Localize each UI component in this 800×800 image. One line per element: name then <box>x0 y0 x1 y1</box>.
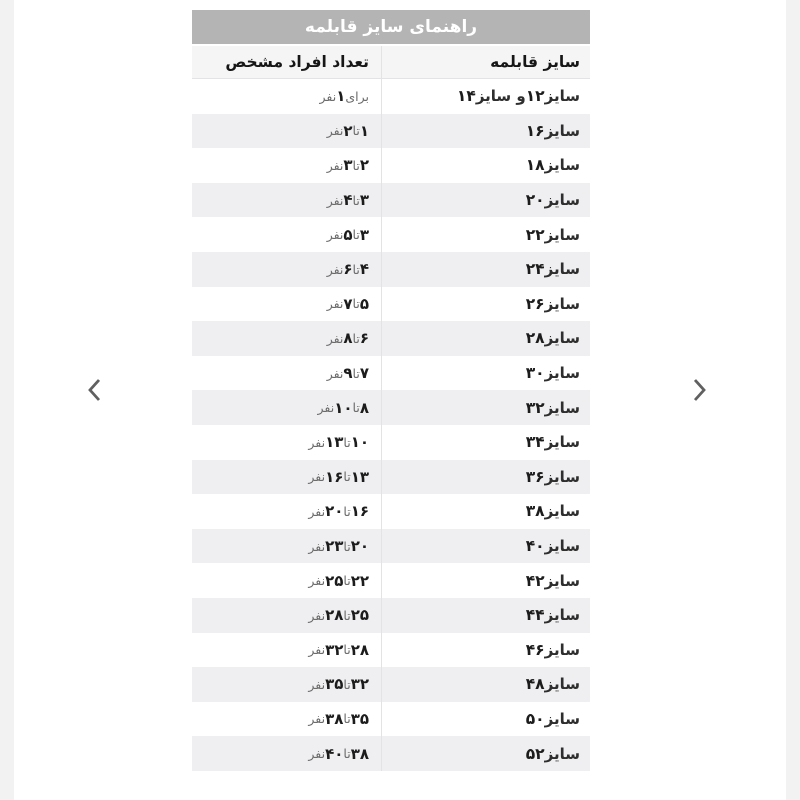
size-guide-table: راهنمای سایز قابلمه سایز قابلمه تعداد اف… <box>192 10 590 771</box>
page-gutter-right <box>786 0 800 800</box>
table-row: سایز ۳۶ ۱۳ تا ۱۶ نفر <box>192 460 590 495</box>
table-row: سایز ۲۲ ۳ تا ۵ نفر <box>192 217 590 252</box>
table-row: سایز ۲۶ ۵ تا ۷ نفر <box>192 287 590 322</box>
people-cell: ۳ تا ۵ نفر <box>192 217 381 252</box>
people-cell: ۱۰ تا ۱۳ نفر <box>192 425 381 460</box>
size-cell: سایز ۲۸ <box>381 321 590 356</box>
people-cell: ۳۵ تا ۳۸ نفر <box>192 702 381 737</box>
table-row: سایز ۵۲ ۳۸ تا ۴۰ نفر <box>192 736 590 771</box>
table-row: سایز ۴۶ ۲۸ تا ۳۲ نفر <box>192 633 590 668</box>
people-cell: ۳۲ تا ۳۵ نفر <box>192 667 381 702</box>
size-cell: سایز ۳۴ <box>381 425 590 460</box>
size-cell: سایز ۴۸ <box>381 667 590 702</box>
table-row: سایز ۲۴ ۴ تا ۶ نفر <box>192 252 590 287</box>
size-cell: سایز ۱۲و سایز ۱۴ <box>381 79 590 114</box>
size-cell: سایز ۲۴ <box>381 252 590 287</box>
table-row: سایز ۲۸ ۶ تا ۸ نفر <box>192 321 590 356</box>
size-cell: سایز ۲۲ <box>381 217 590 252</box>
column-header-people: تعداد افراد مشخص <box>192 46 381 78</box>
people-cell: ۶ تا ۸ نفر <box>192 321 381 356</box>
table-row: سایز ۴۰ ۲۰ تا ۲۳ نفر <box>192 529 590 564</box>
people-cell: برای ۱ نفر <box>192 79 381 114</box>
size-cell: سایز ۵۰ <box>381 702 590 737</box>
carousel-arrow-left-button[interactable] <box>78 370 112 410</box>
table-row: سایز ۴۸ ۳۲ تا ۳۵ نفر <box>192 667 590 702</box>
size-cell: سایز ۱۶ <box>381 114 590 149</box>
size-cell: سایز ۴۴ <box>381 598 590 633</box>
people-cell: ۱ تا ۲ نفر <box>192 114 381 149</box>
page-gutter-left <box>0 0 14 800</box>
table-row: سایز ۳۸ ۱۶ تا ۲۰ نفر <box>192 494 590 529</box>
chevron-right-icon <box>689 376 709 404</box>
size-cell: سایز ۱۸ <box>381 148 590 183</box>
size-cell: سایز ۳۸ <box>381 494 590 529</box>
table-row: سایز ۳۲ ۸ تا ۱۰ نفر <box>192 390 590 425</box>
carousel-arrow-right-button[interactable] <box>682 370 716 410</box>
table-title: راهنمای سایز قابلمه <box>192 10 590 44</box>
people-cell: ۲۲ تا ۲۵ نفر <box>192 563 381 598</box>
table-row: سایز ۵۰ ۳۵ تا ۳۸ نفر <box>192 702 590 737</box>
size-cell: سایز ۴۶ <box>381 633 590 668</box>
size-cell: سایز ۴۰ <box>381 529 590 564</box>
people-cell: ۲۰ تا ۲۳ نفر <box>192 529 381 564</box>
table-row: سایز ۴۴ ۲۵ تا ۲۸ نفر <box>192 598 590 633</box>
people-cell: ۲ تا ۳ نفر <box>192 148 381 183</box>
people-cell: ۲۵ تا ۲۸ نفر <box>192 598 381 633</box>
chevron-left-icon <box>85 376 105 404</box>
table-body: سایز ۱۲و سایز ۱۴ برای ۱ نفر سایز ۱۶ ۱ تا… <box>192 79 590 771</box>
table-row: سایز ۱۲و سایز ۱۴ برای ۱ نفر <box>192 79 590 114</box>
people-cell: ۳۸ تا ۴۰ نفر <box>192 736 381 771</box>
people-cell: ۸ تا ۱۰ نفر <box>192 390 381 425</box>
table-row: سایز ۱۸ ۲ تا ۳ نفر <box>192 148 590 183</box>
size-cell: سایز ۲۶ <box>381 287 590 322</box>
size-cell: سایز ۲۰ <box>381 183 590 218</box>
size-cell: سایز ۳۶ <box>381 460 590 495</box>
people-cell: ۴ تا ۶ نفر <box>192 252 381 287</box>
table-row: سایز ۳۴ ۱۰ تا ۱۳ نفر <box>192 425 590 460</box>
people-cell: ۳ تا ۴ نفر <box>192 183 381 218</box>
people-cell: ۵ تا ۷ نفر <box>192 287 381 322</box>
table-header-row: سایز قابلمه تعداد افراد مشخص <box>192 46 590 79</box>
people-cell: ۱۶ تا ۲۰ نفر <box>192 494 381 529</box>
size-cell: سایز ۳۲ <box>381 390 590 425</box>
size-cell: سایز ۵۲ <box>381 736 590 771</box>
people-cell: ۲۸ تا ۳۲ نفر <box>192 633 381 668</box>
table-row: سایز ۱۶ ۱ تا ۲ نفر <box>192 114 590 149</box>
size-cell: سایز ۴۲ <box>381 563 590 598</box>
column-header-size: سایز قابلمه <box>381 46 590 78</box>
table-row: سایز ۳۰ ۷ تا ۹ نفر <box>192 356 590 391</box>
people-cell: ۷ تا ۹ نفر <box>192 356 381 391</box>
size-cell: سایز ۳۰ <box>381 356 590 391</box>
people-cell: ۱۳ تا ۱۶ نفر <box>192 460 381 495</box>
table-row: سایز ۲۰ ۳ تا ۴ نفر <box>192 183 590 218</box>
table-row: سایز ۴۲ ۲۲ تا ۲۵ نفر <box>192 563 590 598</box>
